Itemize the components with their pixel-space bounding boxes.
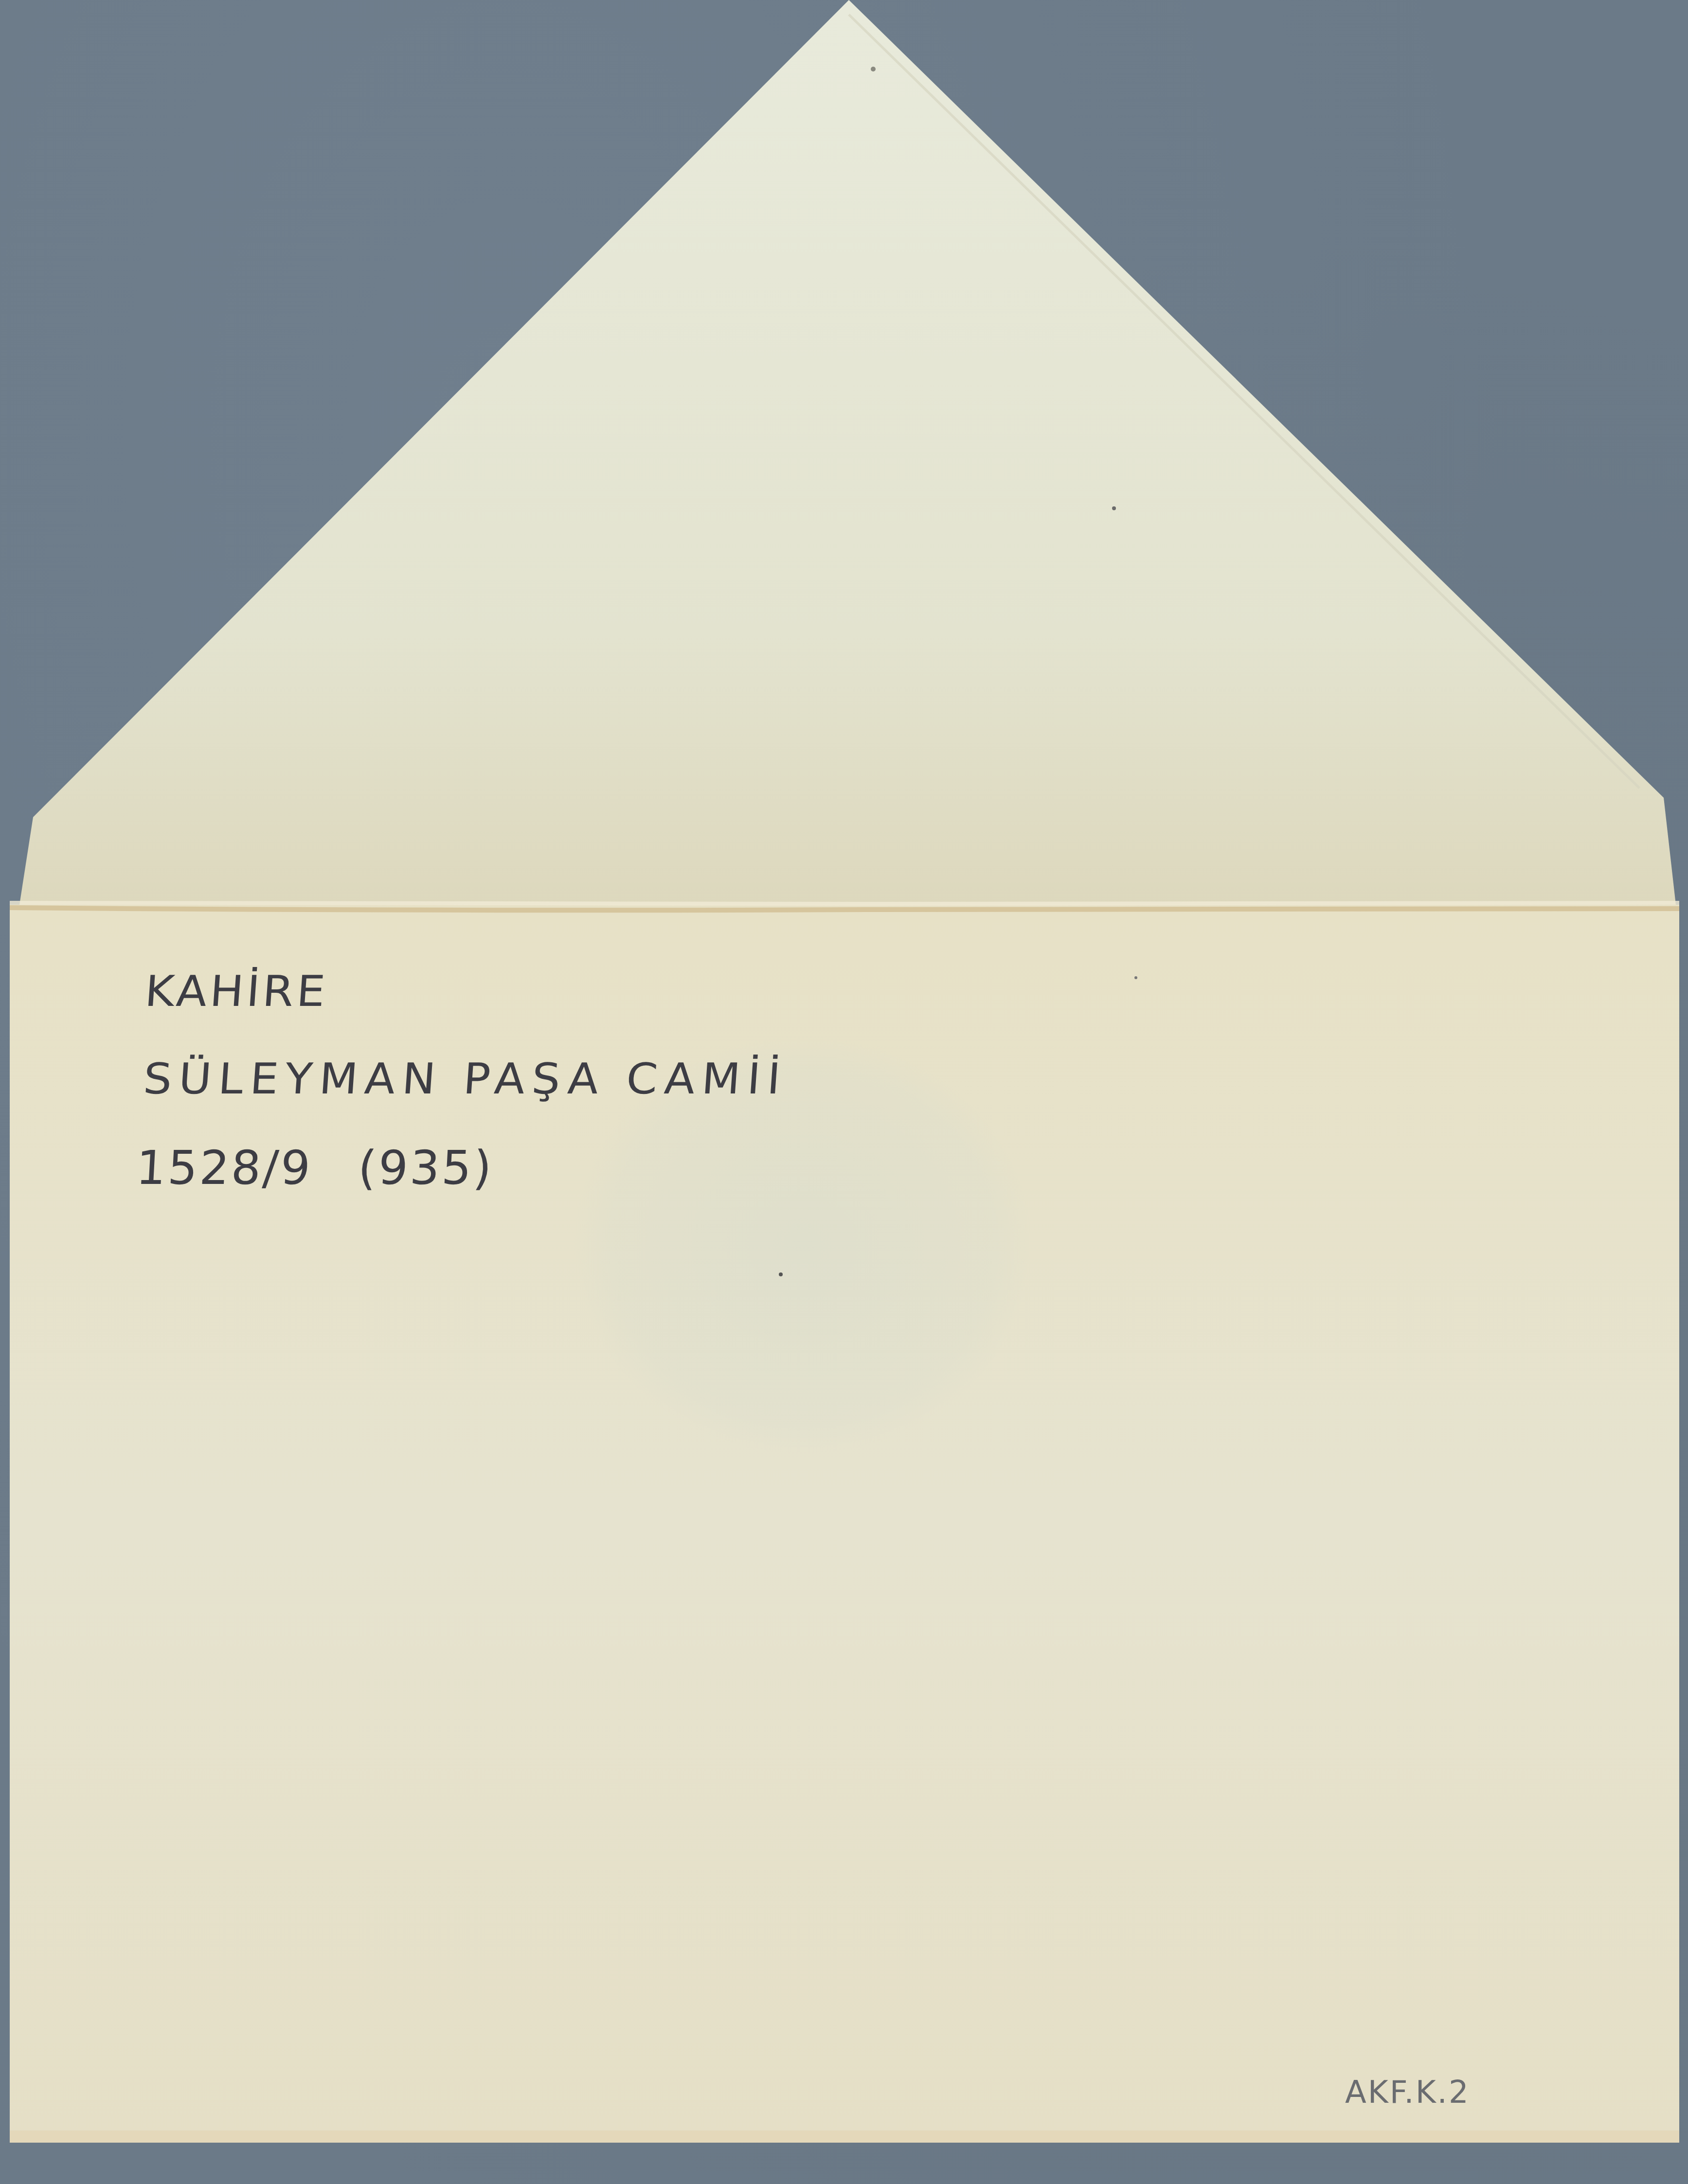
archive-code: AKF.K.2: [1345, 2075, 1470, 2111]
city-annotation: KAHİRE: [143, 967, 329, 1017]
envelope-scan: KAHİRE SÜLEYMAN PAŞA CAMİİ 1528/9 (935) …: [0, 0, 1688, 2184]
date-annotation: 1528/9 (935): [135, 1141, 495, 1195]
envelope-flap: [19, 0, 1676, 905]
mosque-annotation: SÜLEYMAN PAŞA CAMİİ: [142, 1055, 789, 1104]
fold-crease: [10, 908, 1679, 910]
